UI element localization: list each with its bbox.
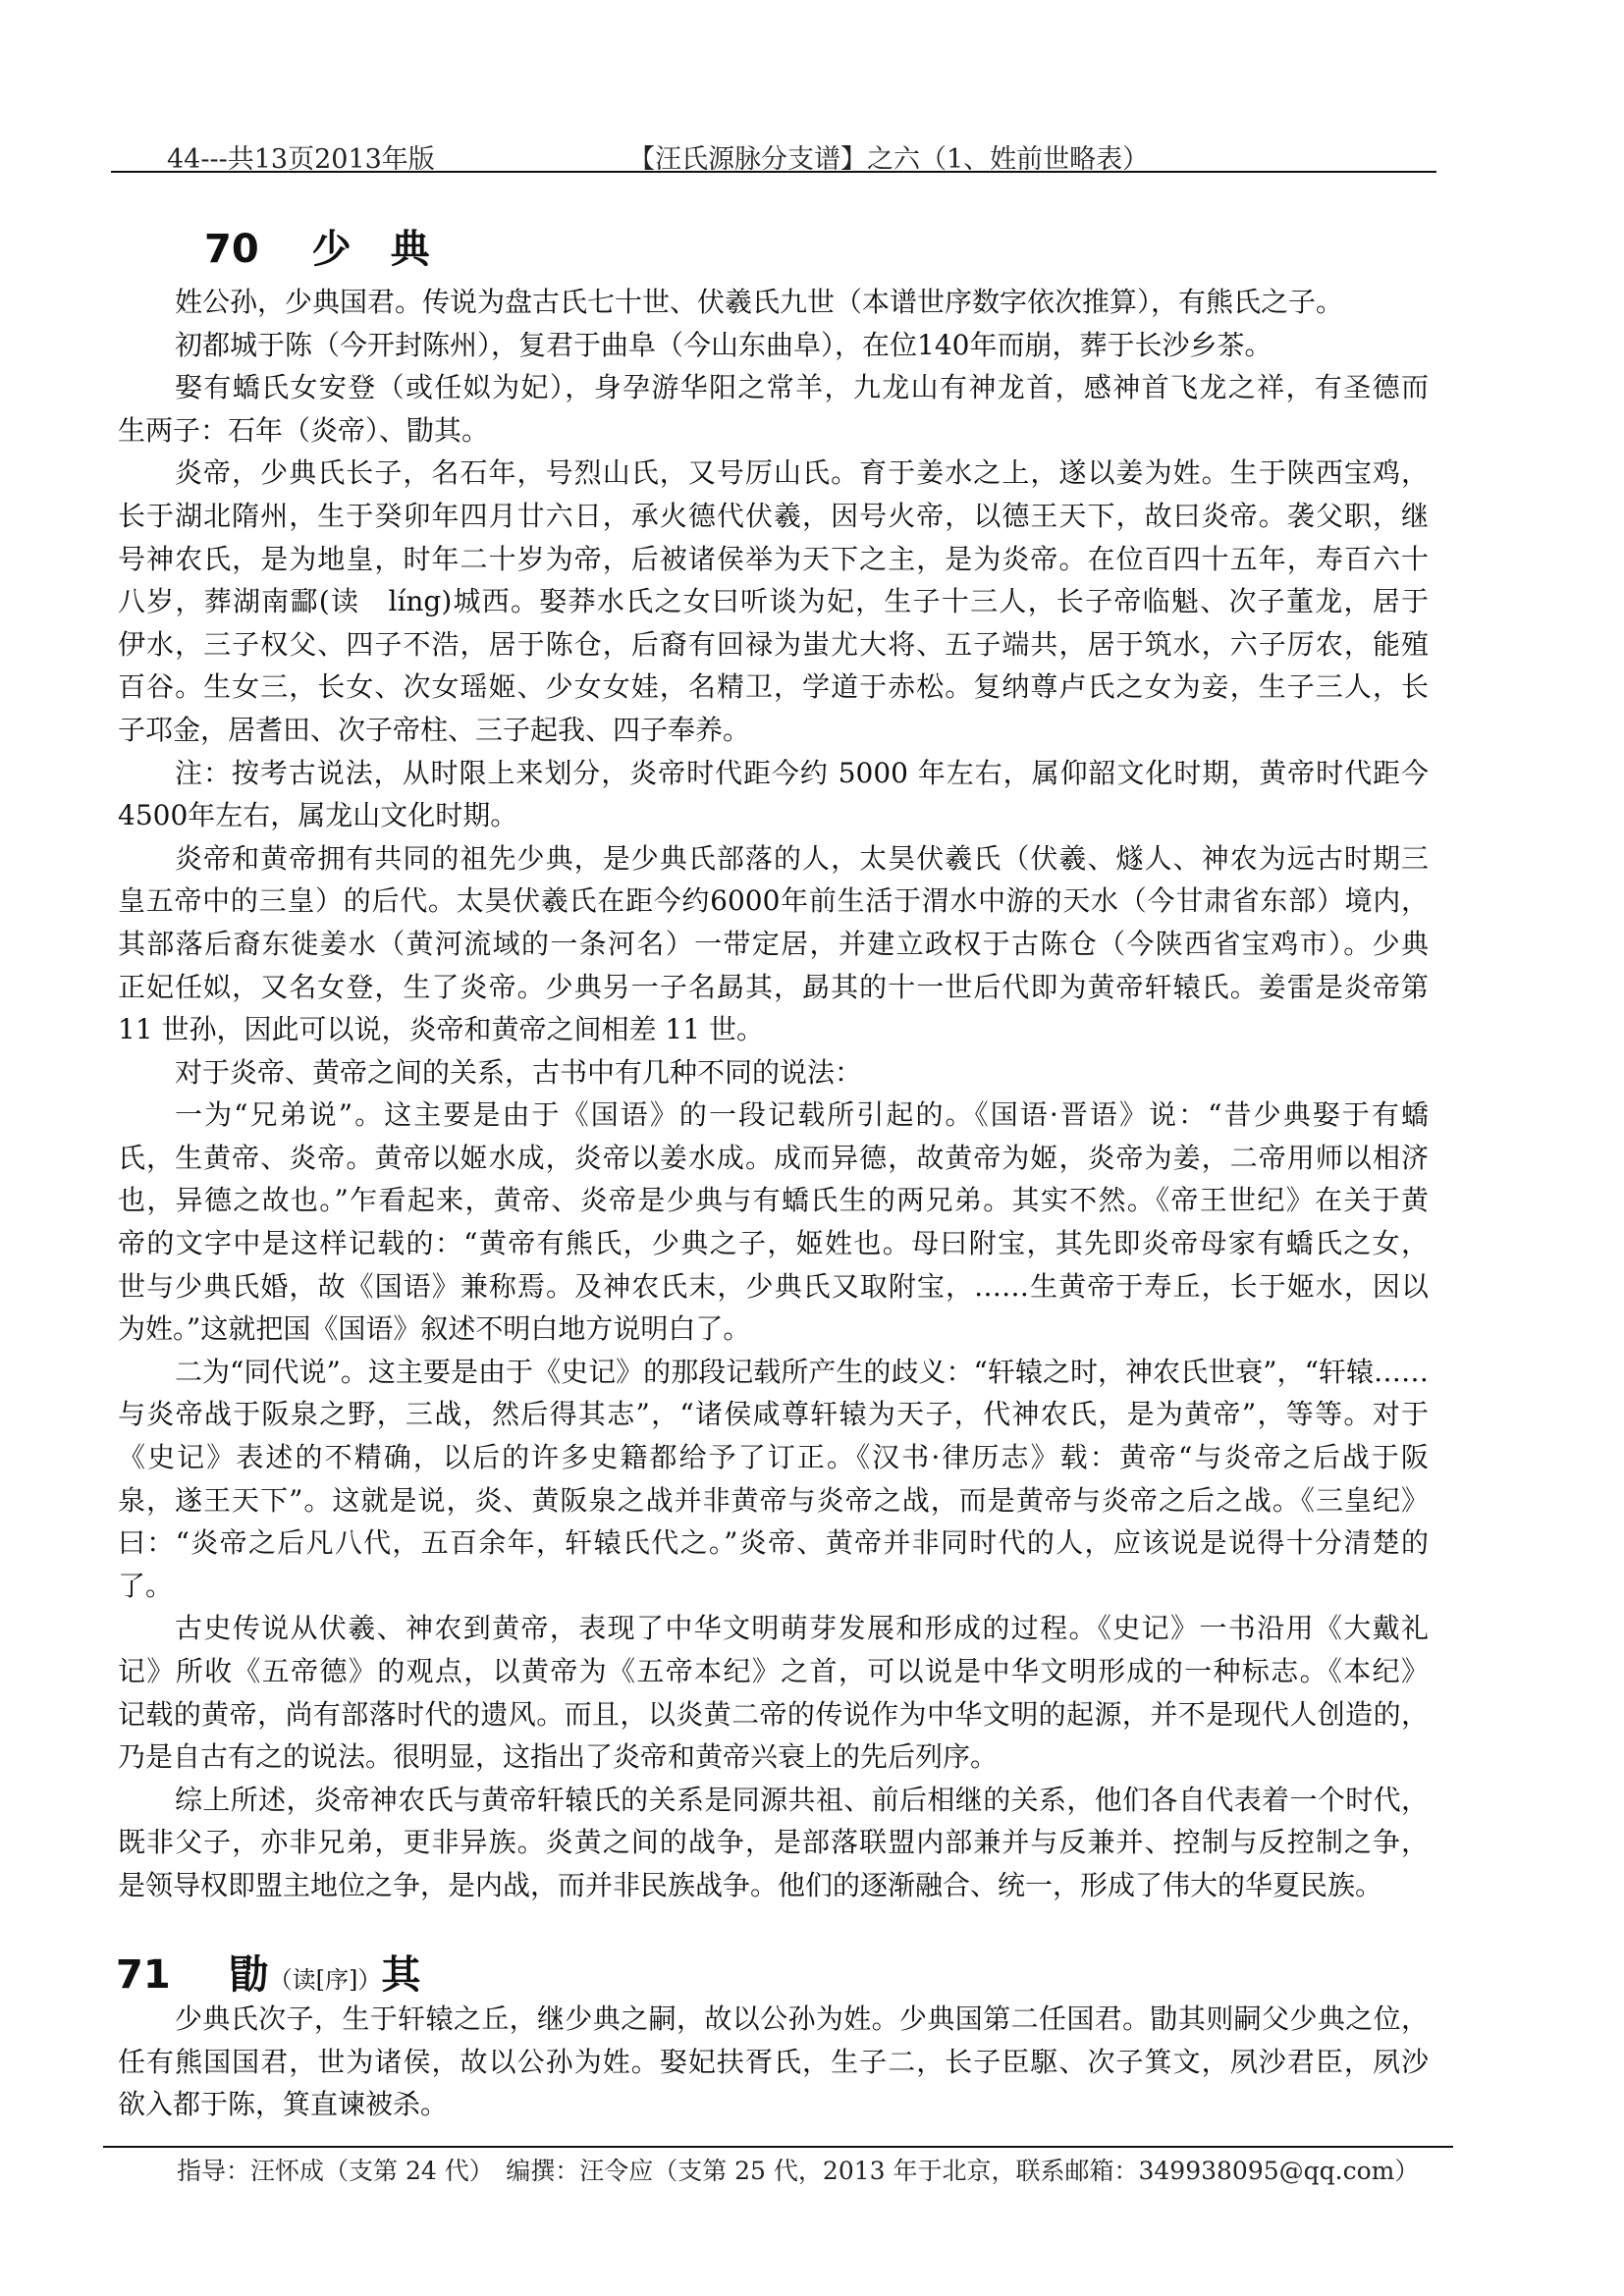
paragraph-line: 伊水，三子权父、四子不浩，居于陈仓，后裔有回禄为蚩尤大将、五子端共，居于筑水，六… bbox=[118, 623, 1429, 667]
paragraph-line: 八岁，葬湖南酃(读 líng)城西。娶莽水氏之女曰听谈为妃，生子十三人，长子帝临… bbox=[118, 580, 1429, 623]
paragraph-line: 生两子：石年（炎帝）、勖其。 bbox=[118, 409, 1429, 453]
paragraph-line: 4500年左右，属龙山文化时期。 bbox=[118, 794, 1429, 837]
paragraph-line: 子邛金，居耆田、次子帝柱、三子起我、四子奉养。 bbox=[118, 709, 1429, 752]
section-71-heading: 71 勖（读[序]）其 bbox=[116, 1944, 420, 2000]
paragraph-line: 百谷。生女三，长女、次女瑶姬、少女女娃，名精卫，学道于赤松。复纳尊卢氏之女为妾，… bbox=[118, 666, 1429, 709]
section-name-first: 勖 bbox=[230, 1952, 269, 1998]
section-name: 少 典 bbox=[312, 227, 430, 272]
paragraph-line: 曰：“炎帝之后凡八代，五百余年，轩辕氏代之。”炎帝、黄帝并非同时代的人，应该说是… bbox=[118, 1522, 1429, 1565]
paragraph-line: 姓公孙，少典国君。传说为盘古氏七十世、伏羲氏九世（本谱世序数字依次推算），有熊氏… bbox=[118, 281, 1429, 324]
footer-divider bbox=[103, 2146, 1453, 2148]
paragraph-line: 记载的黄帝，尚有部落时代的遗风。而且，以炎黄二帝的传说作为中华文明的起源，并不是… bbox=[118, 1693, 1429, 1736]
paragraph-line: 氏，生黄帝、炎帝。黄帝以姬水成，炎帝以姜水成。成而异德，故黄帝为姬，炎帝为姜，二… bbox=[118, 1137, 1429, 1180]
section-number: 70 bbox=[204, 227, 259, 272]
paragraph-line: 《史记》表述的不精确，以后的许多史籍都给予了订正。《汉书·律历志》载：黄帝“与炎… bbox=[118, 1436, 1429, 1479]
paragraph-line: 炎帝，少典氏长子，名石年，号烈山氏，又号厉山氏。育于姜水之上，遂以姜为姓。生于陕… bbox=[118, 452, 1429, 495]
paragraph-line: 综上所述，炎帝神农氏与黄帝轩辕氏的关系是同源共祖、前后相继的关系，他们各自代表着… bbox=[118, 1779, 1429, 1822]
paragraph-line: 长于湖北隋州，生于癸卯年四月廿六日，承火德代伏羲，因号火帝，以德王天下，故曰炎帝… bbox=[118, 495, 1429, 538]
section-70-body: 姓公孙，少典国君。传说为盘古氏七十世、伏羲氏九世（本谱世序数字依次推算），有熊氏… bbox=[118, 281, 1429, 1907]
paragraph-line: 是领导权即盟主地位之争，是内战，而并非民族战争。他们的逐渐融合、统一，形成了伟大… bbox=[118, 1864, 1429, 1907]
paragraph-line: 与炎帝战于阪泉之野，三战，然后得其志”，“诸侯咸尊轩辕为天子，代神农氏，是为黄帝… bbox=[118, 1393, 1429, 1436]
paragraph-line: 炎帝和黄帝拥有共同的祖先少典，是少典氏部落的人，太昊伏羲氏（伏羲、燧人、神农为远… bbox=[118, 837, 1429, 881]
paragraph-line: 了。 bbox=[118, 1565, 1429, 1608]
paragraph-line: 乃是自古有之的说法。很明显，这指出了炎帝和黄帝兴衰上的先后列序。 bbox=[118, 1735, 1429, 1779]
paragraph-line: 世与少典氏婚，故《国语》兼称焉。及神农氏末，少典氏又取附宝，……生黄帝于寿丘，长… bbox=[118, 1265, 1429, 1308]
paragraph-line: 少典氏次子，生于轩辕之丘，继少典之嗣，故以公孙为姓。少典国第二任国君。勖其则嗣父… bbox=[118, 1998, 1429, 2041]
paragraph-line: 11 世孙，因此可以说，炎帝和黄帝之间相差 11 世。 bbox=[118, 1008, 1429, 1051]
footer-credits: 指导：汪怀成（支第 24 代） 编撰：汪令应（支第 25 代，2013 年于北京… bbox=[177, 2152, 1419, 2187]
paragraph-line: 其部落后裔东徙姜水（黄河流域的一条河名）一带定居，并建立政权于古陈仓（今陕西省宝… bbox=[118, 923, 1429, 966]
paragraph-line: 注：按考古说法，从时限上来划分，炎帝时代距今约 5000 年左右，属仰韶文化时期… bbox=[118, 752, 1429, 795]
paragraph-line: 为姓。”这就把国《国语》叙述不明白地方说明白了。 bbox=[118, 1308, 1429, 1351]
paragraph-line: 任有熊国国君，世为诸侯，故以公孙为姓。娶妃扶胥氏，生子二，长子臣駆、次子箕文，夙… bbox=[118, 2041, 1429, 2084]
section-71-body: 少典氏次子，生于轩辕之丘，继少典之嗣，故以公孙为姓。少典国第二任国君。勖其则嗣父… bbox=[118, 1998, 1429, 2126]
paragraph-line: 帝的文字中是这样记载的：“黄帝有熊氏，少典之子，姬姓也。母曰附宝，其先即炎帝母家… bbox=[118, 1222, 1429, 1265]
paragraph-line: 娶有蟜氏女安登（或任姒为妃），身孕游华阳之常羊，九龙山有神龙首，感神首飞龙之祥，… bbox=[118, 366, 1429, 409]
paragraph-line: 也，异德之故也。”乍看起来，黄帝、炎帝是少典与有蟜氏生的两兄弟。其实不然。《帝王… bbox=[118, 1179, 1429, 1222]
section-70-heading: 70 少 典 bbox=[204, 218, 430, 274]
pronunciation-note: （读[序]） bbox=[269, 1966, 382, 1994]
section-name-last: 其 bbox=[381, 1952, 420, 1998]
paragraph-line: 记》所收《五帝德》的观点，以黄帝为《五帝本纪》之首，可以说是中华文明形成的一种标… bbox=[118, 1650, 1429, 1693]
paragraph-line: 对于炎帝、黄帝之间的关系，古书中有几种不同的说法： bbox=[118, 1051, 1429, 1095]
paragraph-line: 二为“同代说”。这主要是由于《史记》的那段记载所产生的歧义：“轩辕之时，神农氏世… bbox=[118, 1351, 1429, 1394]
paragraph-line: 正妃任姒，又名女登，生了炎帝。少典另一子名勗其，勗其的十一世后代即为黄帝轩辕氏。… bbox=[118, 966, 1429, 1009]
paragraph-line: 泉，遂王天下”。这就是说，炎、黄阪泉之战并非黄帝与炎帝之战，而是黄帝与炎帝之后之… bbox=[118, 1479, 1429, 1522]
paragraph-line: 古史传说从伏羲、神农到黄帝，表现了中华文明萌芽发展和形成的过程。《史记》一书沿用… bbox=[118, 1607, 1429, 1650]
paragraph-line: 欲入都于陈，箕直谏被杀。 bbox=[118, 2083, 1429, 2126]
paragraph-line: 皇五帝中的三皇）的后代。太昊伏羲氏在距今约6000年前生活于渭水中游的天水（今甘… bbox=[118, 880, 1429, 923]
paragraph-line: 一为“兄弟说”。这主要是由于《国语》的一段记载所引起的。《国语·晋语》说：“昔少… bbox=[118, 1094, 1429, 1137]
section-number: 71 bbox=[116, 1952, 171, 1998]
paragraph-line: 号神农氏，是为地皇，时年二十岁为帝，后被诸侯举为天下之主，是为炎帝。在位百四十五… bbox=[118, 538, 1429, 581]
header-divider bbox=[111, 171, 1436, 173]
paragraph-line: 初都城于陈（今开封陈州），复君于曲阜（今山东曲阜），在位140年而崩，葬于长沙乡… bbox=[118, 324, 1429, 367]
paragraph-line: 既非父子，亦非兄弟，更非异族。炎黄之间的战争，是部落联盟内部兼并与反兼并、控制与… bbox=[118, 1821, 1429, 1864]
